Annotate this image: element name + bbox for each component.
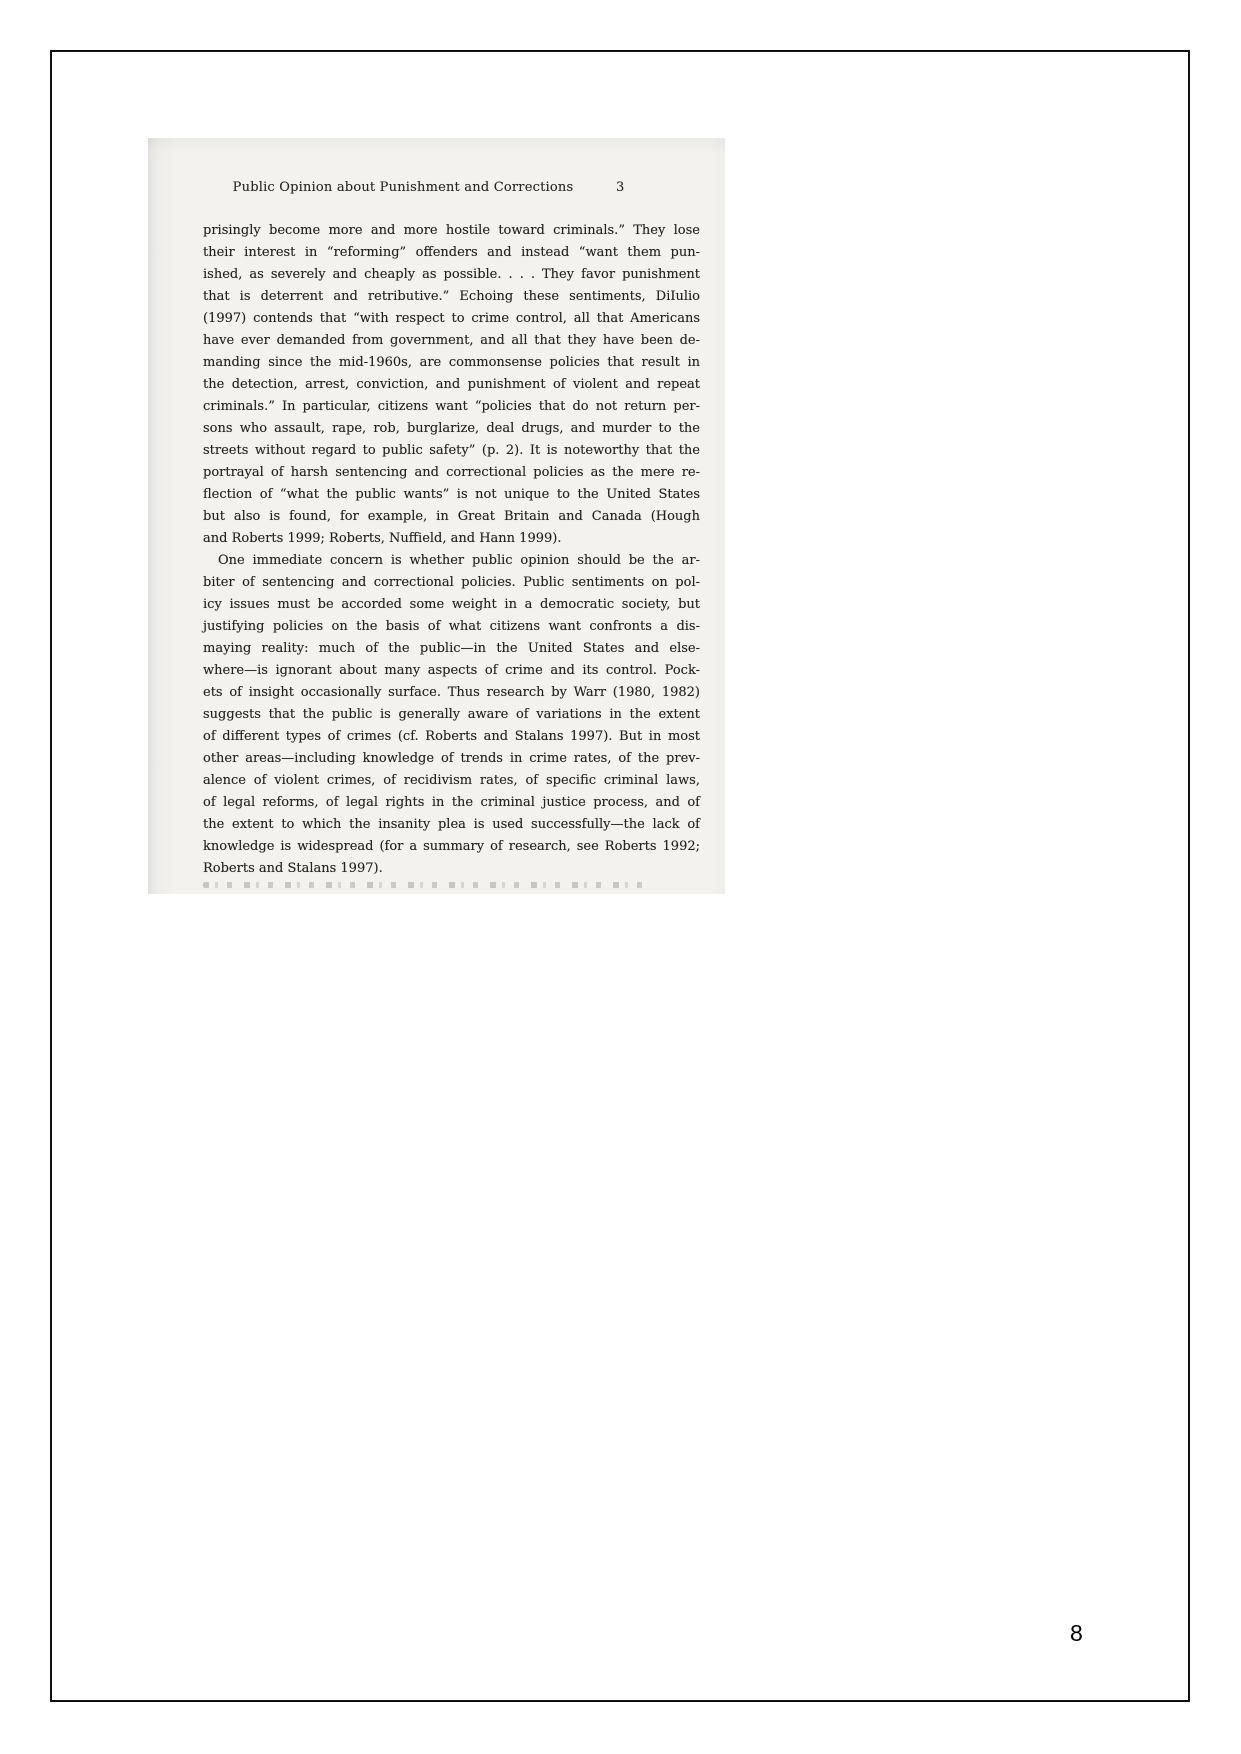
- text-line: maying reality: much of the public—in th…: [203, 638, 700, 660]
- text-line: portrayal of harsh sentencing and correc…: [203, 462, 700, 484]
- text-line: knowledge is widespread (for a summary o…: [203, 836, 700, 858]
- scan-body: prisingly become more and more hostile t…: [203, 220, 700, 880]
- cutoff-text-line: [203, 882, 648, 888]
- text-line: where—is ignorant about many aspects of …: [203, 660, 700, 682]
- text-line: the extent to which the insanity plea is…: [203, 814, 700, 836]
- text-line: of different types of crimes (cf. Robert…: [203, 726, 700, 748]
- text-line: sons who assault, rape, rob, burglarize,…: [203, 418, 700, 440]
- text-line: of legal reforms, of legal rights in the…: [203, 792, 700, 814]
- running-header-title: Public Opinion about Punishment and Corr…: [203, 180, 603, 195]
- scanned-book-page: Public Opinion about Punishment and Corr…: [148, 138, 725, 894]
- text-line: the detection, arrest, conviction, and p…: [203, 374, 700, 396]
- text-line: but also is found, for example, in Great…: [203, 506, 700, 528]
- text-line: ished, as severely and cheaply as possib…: [203, 264, 700, 286]
- text-line: icy issues must be accorded some weight …: [203, 594, 700, 616]
- text-line: criminals.” In particular, citizens want…: [203, 396, 700, 418]
- text-line: alence of violent crimes, of recidivism …: [203, 770, 700, 792]
- document-footer-page-number: 8: [1070, 1620, 1083, 1647]
- text-line: that is deterrent and retributive.” Echo…: [203, 286, 700, 308]
- text-line: biter of sentencing and correctional pol…: [203, 572, 700, 594]
- text-line: prisingly become more and more hostile t…: [203, 220, 700, 242]
- text-line: (1997) contends that “with respect to cr…: [203, 308, 700, 330]
- text-line: Roberts and Stalans 1997).: [203, 858, 700, 880]
- text-line: and Roberts 1999; Roberts, Nuffield, and…: [203, 528, 700, 550]
- text-line: suggests that the public is generally aw…: [203, 704, 700, 726]
- text-line: justifying policies on the basis of what…: [203, 616, 700, 638]
- text-line: other areas—including knowledge of trend…: [203, 748, 700, 770]
- text-line: ets of insight occasionally surface. Thu…: [203, 682, 700, 704]
- text-line: manding since the mid-1960s, are commons…: [203, 352, 700, 374]
- text-line: their interest in “reforming” offenders …: [203, 242, 700, 264]
- text-line: One immediate concern is whether public …: [203, 550, 700, 572]
- text-line: have ever demanded from government, and …: [203, 330, 700, 352]
- text-line: flection of “what the public wants” is n…: [203, 484, 700, 506]
- text-line: streets without regard to public safety”…: [203, 440, 700, 462]
- book-page-number: 3: [616, 180, 624, 195]
